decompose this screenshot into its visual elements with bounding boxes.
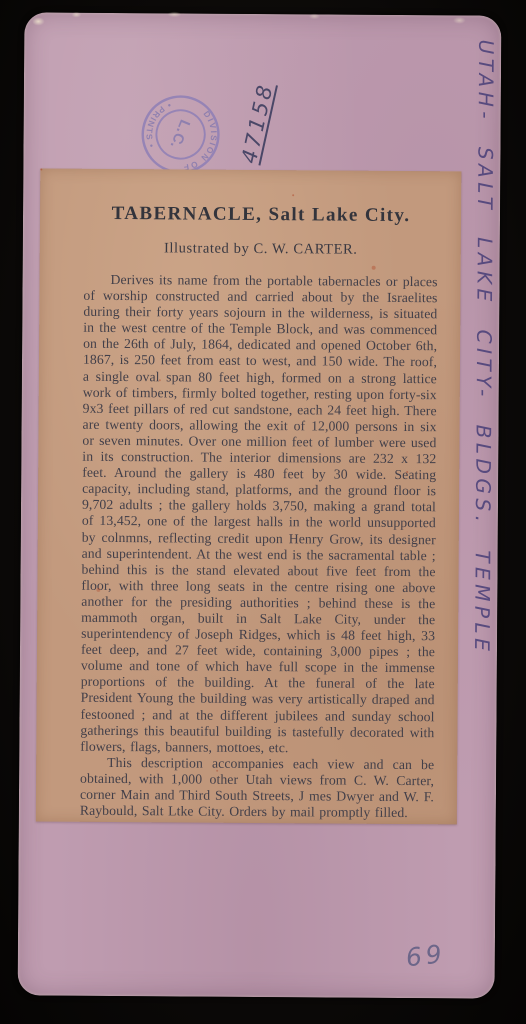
stereograph-card-back: DIVISION OF • PRINTS • L.C. 47158 UTAH- … <box>18 12 502 998</box>
handwritten-pencil-number: 69 <box>404 939 447 972</box>
handwritten-catalog-number: 47158 <box>237 78 278 165</box>
description-paragraph: Derives its name from the portable taber… <box>80 272 437 757</box>
distribution-paragraph: This description accompanies each view a… <box>80 755 434 822</box>
paper-speckles <box>40 168 42 170</box>
handwritten-side-annotation: UTAH- SALT LAKE CITY- BLDGS. TEMPLE <box>465 39 498 745</box>
label-subtitle: Illustrated by C. W. CARTER. <box>84 240 438 259</box>
division-of-prints-stamp: DIVISION OF • PRINTS • L.C. <box>138 92 223 177</box>
photo-background: DIVISION OF • PRINTS • L.C. 47158 UTAH- … <box>0 0 526 1024</box>
label-body: Derives its name from the portable taber… <box>80 272 438 822</box>
stamp-center-text: L.C. <box>166 117 192 151</box>
label-title: TABERNACLE, Salt Lake City. <box>84 203 438 227</box>
printed-description-label: TABERNACLE, Salt Lake City. Illustrated … <box>36 168 462 824</box>
